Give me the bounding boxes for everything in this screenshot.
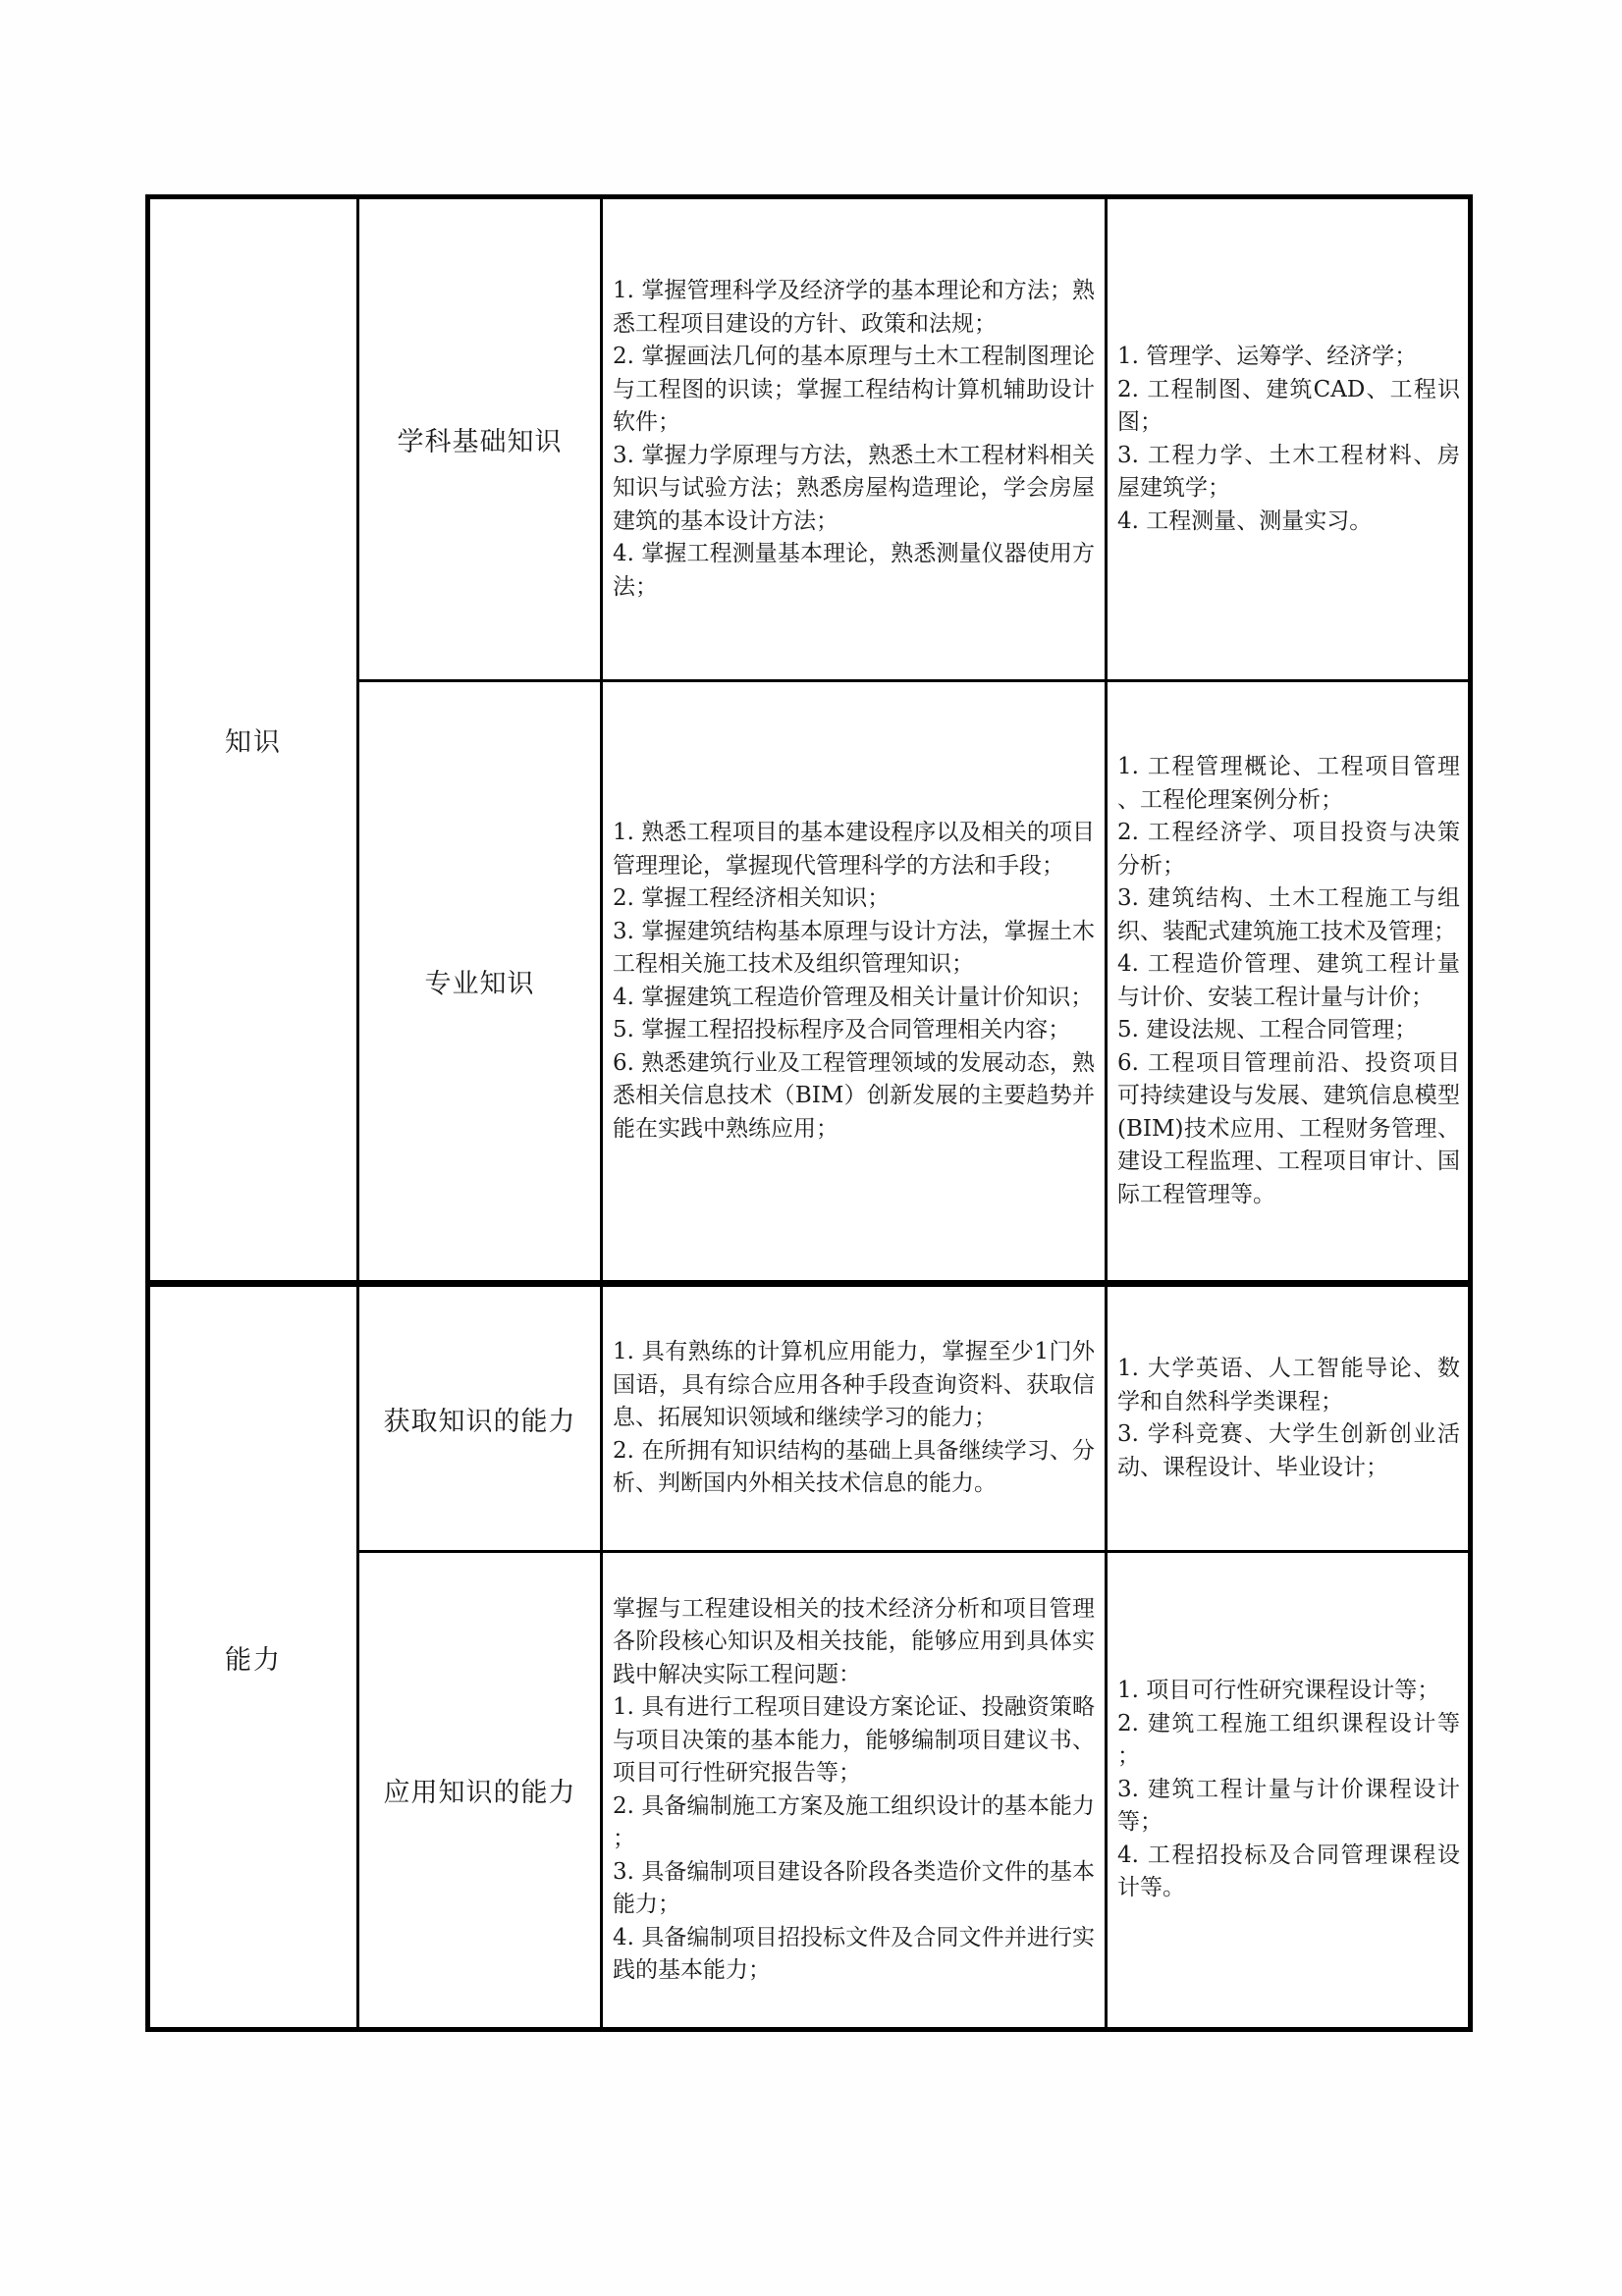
requirement-item: 3. 具备编制项目建设各阶段各类造价文件的基本能力； [613,1856,1095,1922]
requirement-item: 1. 熟悉工程项目的基本建设程序以及相关的项目管理理论，掌握现代管理科学的方法和… [613,817,1095,882]
category-label-knowledge: 知识 [225,721,282,759]
subcategory-label: 学科基础知识 [398,420,563,458]
requirement-item: 3. 掌握建筑结构基本原理与设计方法，掌握土木工程相关施工技术及组织管理知识； [613,916,1095,982]
courses-cell-acquire-knowledge: 1. 大学英语、人工智能导论、数学和自然科学类课程； 3. 学科竞赛、大学生创新… [1108,1287,1468,1553]
requirement-item: 1. 掌握管理科学及经济学的基本理论和方法；熟悉工程项目建设的方针、政策和法规； [613,275,1095,341]
subcategory-cell-acquire-knowledge: 获取知识的能力 [359,1287,603,1553]
course-item: 5. 建设法规、工程合同管理； [1117,1014,1460,1047]
course-item: 1. 项目可行性研究课程设计等； [1117,1675,1460,1708]
course-item: 4. 工程招投标及合同管理课程设计等。 [1117,1840,1460,1905]
requirement-item: 6. 熟悉建筑行业及工程管理领域的发展动态，熟悉相关信息技术（BIM）创新发展的… [613,1047,1095,1147]
requirements-cell-professional-knowledge: 1. 熟悉工程项目的基本建设程序以及相关的项目管理理论，掌握现代管理科学的方法和… [603,682,1108,1280]
requirement-item: 2. 掌握工程经济相关知识； [613,882,1095,916]
subcategory-cell-apply-knowledge: 应用知识的能力 [359,1553,603,2027]
subcategory-label: 获取知识的能力 [384,1400,576,1438]
course-item: 4. 工程测量、测量实习。 [1117,506,1460,539]
subcategory-label: 专业知识 [425,962,535,1000]
requirement-item: 4. 掌握工程测量基本理论，熟悉测量仪器使用方法； [613,538,1095,604]
requirement-item: 5. 掌握工程招投标程序及合同管理相关内容； [613,1014,1095,1047]
subcategory-label: 应用知识的能力 [384,1771,576,1809]
course-item: 2. 建筑工程施工组织课程设计等； [1117,1708,1460,1774]
requirements-cell-acquire-knowledge: 1. 具有熟练的计算机应用能力，掌握至少1门外国语，具有综合应用各种手段查询资料… [603,1287,1108,1553]
ability-section: 能力 获取知识的能力 1. 具有熟练的计算机应用能力，掌握至少1门外国语，具有综… [145,1283,1473,2032]
requirement-item: 4. 具备编制项目招投标文件及合同文件并进行实践的基本能力； [613,1922,1095,1988]
course-item: 4. 工程造价管理、建筑工程计量与计价、安装工程计量与计价； [1117,948,1460,1014]
requirement-item: 4. 掌握建筑工程造价管理及相关计量计价知识； [613,982,1095,1015]
requirement-item: 2. 掌握画法几何的基本原理与土木工程制图理论与工程图的识读；掌握工程结构计算机… [613,341,1095,440]
course-item: 2. 工程制图、建筑CAD、工程识图； [1117,374,1460,440]
requirement-item: 2. 具备编制施工方案及施工组织设计的基本能力； [613,1790,1095,1856]
course-item: 3. 建筑结构、土木工程施工与组织、装配式建筑施工技术及管理； [1117,882,1460,948]
requirement-item: 1. 具有熟练的计算机应用能力，掌握至少1门外国语，具有综合应用各种手段查询资料… [613,1336,1095,1435]
category-cell-ability: 能力 [150,1287,359,2027]
requirement-item: 2. 在所拥有知识结构的基础上具备继续学习、分析、判断国内外相关技术信息的能力。 [613,1435,1095,1501]
course-item: 3. 工程力学、土木工程材料、房屋建筑学； [1117,440,1460,506]
courses-cell-apply-knowledge: 1. 项目可行性研究课程设计等； 2. 建筑工程施工组织课程设计等； 3. 建筑… [1108,1553,1468,2027]
course-item: 1. 管理学、运筹学、经济学； [1117,341,1460,374]
course-item: 2. 工程经济学、项目投资与决策分析； [1117,817,1460,882]
courses-cell-basic-knowledge: 1. 管理学、运筹学、经济学； 2. 工程制图、建筑CAD、工程识图； 3. 工… [1108,199,1468,682]
requirement-item: 1. 具有进行工程项目建设方案论证、投融资策略与项目决策的基本能力，能够编制项目… [613,1691,1095,1790]
requirements-cell-apply-knowledge: 掌握与工程建设相关的技术经济分析和项目管理各阶段核心知识及相关技能，能够应用到具… [603,1553,1108,2027]
document-page: 知识 学科基础知识 1. 掌握管理科学及经济学的基本理论和方法；熟悉工程项目建设… [0,0,1622,2296]
requirement-item: 3. 掌握力学原理与方法，熟悉土木工程材料相关知识与试验方法；熟悉房屋构造理论，… [613,440,1095,539]
subcategory-cell-basic-knowledge: 学科基础知识 [359,199,603,682]
course-item: 3. 学科竞赛、大学生创新创业活动、课程设计、毕业设计； [1117,1418,1460,1484]
course-item: 1. 工程管理概论、工程项目管理、工程伦理案例分析； [1117,751,1460,817]
competency-table: 知识 学科基础知识 1. 掌握管理科学及经济学的基本理论和方法；熟悉工程项目建设… [145,194,1473,2032]
requirement-intro: 掌握与工程建设相关的技术经济分析和项目管理各阶段核心知识及相关技能，能够应用到具… [613,1593,1095,1692]
course-item: 1. 大学英语、人工智能导论、数学和自然科学类课程； [1117,1353,1460,1418]
category-cell-knowledge: 知识 [150,199,359,1280]
category-label-ability: 能力 [225,1638,282,1677]
knowledge-section: 知识 学科基础知识 1. 掌握管理科学及经济学的基本理论和方法；熟悉工程项目建设… [145,194,1473,1283]
courses-cell-professional-knowledge: 1. 工程管理概论、工程项目管理、工程伦理案例分析； 2. 工程经济学、项目投资… [1108,682,1468,1280]
course-item: 3. 建筑工程计量与计价课程设计等； [1117,1774,1460,1840]
requirements-cell-basic-knowledge: 1. 掌握管理科学及经济学的基本理论和方法；熟悉工程项目建设的方针、政策和法规；… [603,199,1108,682]
course-item: 6. 工程项目管理前沿、投资项目可持续建设与发展、建筑信息模型(BIM)技术应用… [1117,1047,1460,1212]
subcategory-cell-professional-knowledge: 专业知识 [359,682,603,1280]
